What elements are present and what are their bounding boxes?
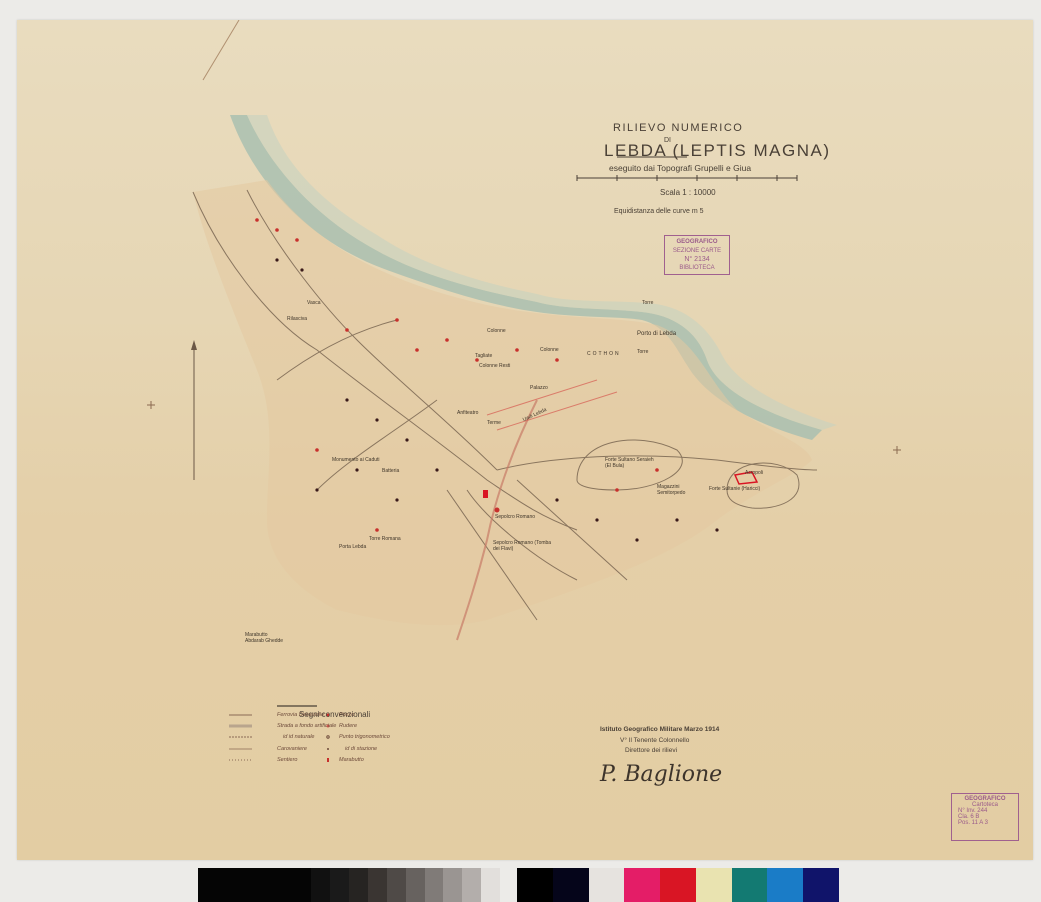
place-label: Tagliate <box>475 353 492 359</box>
place-label: Rilasciva <box>287 316 307 322</box>
legend-item: Pozzo <box>339 712 354 718</box>
map-title: LEBDA (LEPTIS MAGNA) <box>604 141 831 161</box>
place-label: COTHON <box>587 351 621 357</box>
cartoteca-stamp: GEOGRAFICO Cartoteca N° Inv. 244 Cla. 6 … <box>951 793 1019 841</box>
registration-mark-icon <box>893 446 901 454</box>
registration-mark-icon <box>147 401 155 409</box>
gray-scale-calibration <box>198 868 500 902</box>
place-label: Colonne <box>540 347 559 353</box>
place-label: Marabutto Abdarab Ghedde <box>245 632 285 644</box>
map-title-line1: RILIEVO NUMERICO <box>613 122 743 134</box>
institute-imprint: Istituto Geografico Militare Marzo 1914 <box>600 726 719 733</box>
equidistance-label: Equidistanza delle curve m 5 <box>614 208 704 215</box>
place-label: Colonne <box>487 328 506 334</box>
north-arrow-icon <box>191 340 197 350</box>
place-label: Sepolcro Romano <box>495 514 535 520</box>
place-label: Palazzo <box>530 385 548 391</box>
place-label: Acropoli <box>745 470 763 476</box>
legend-item: Carovaniere <box>277 746 307 752</box>
legend-item: Sentiero <box>277 757 298 763</box>
place-label: Vasca <box>307 300 321 306</box>
place-label: Colonne Resti <box>479 363 510 369</box>
legend-item: id id naturale <box>283 734 315 740</box>
place-label: Anfiteatro <box>457 410 478 416</box>
place-label: Torre <box>637 349 648 355</box>
place-label: Monumento ai Caduti <box>332 457 380 463</box>
color-calibration <box>517 868 839 902</box>
legend-item: Rudere <box>339 723 357 729</box>
legend-item: id di stazione <box>345 746 377 752</box>
place-label: Magazzini Semitorpedo <box>657 484 707 496</box>
scale-label: Scala 1 : 10000 <box>660 188 716 197</box>
place-label: Porta Lebda <box>339 544 366 550</box>
map-subtitle: eseguito dai Topografi Grupelli e Giua <box>609 163 751 173</box>
signatory-role: Direttore dei rilievi <box>625 747 677 754</box>
place-label: Porto di Lebda <box>637 331 676 337</box>
place-label: Forte Sultano Seraieh (El Bula) <box>605 457 655 469</box>
signatory-title: V° Il Tenente Colonnello <box>620 737 689 744</box>
signature: P. Baglione <box>600 762 722 787</box>
legend-item: Strada a fondo artificiale <box>277 723 336 729</box>
map-sheet: RILIEVO NUMERICO DI LEBDA (LEPTIS MAGNA)… <box>17 20 1033 860</box>
place-label: Torre <box>642 300 653 306</box>
place-label: Terme <box>487 420 501 426</box>
place-label: Torre Romana <box>369 536 401 542</box>
place-label: Sepolcro Romano (Tomba dei Flavi) <box>493 540 553 552</box>
place-label: Batteria <box>382 468 399 474</box>
legend-item: Marabutto <box>339 757 364 763</box>
legend-item: Ferrovia Decauville <box>277 712 324 718</box>
legend-item: Punto trigonometrico <box>339 734 390 740</box>
place-label: Forte Sultanie (Haricci) <box>709 486 769 492</box>
library-stamp: GEOGRAFICO SEZIONE CARTE N° 2134 BIBLIOT… <box>664 235 730 275</box>
map-drawing <box>17 20 1033 860</box>
